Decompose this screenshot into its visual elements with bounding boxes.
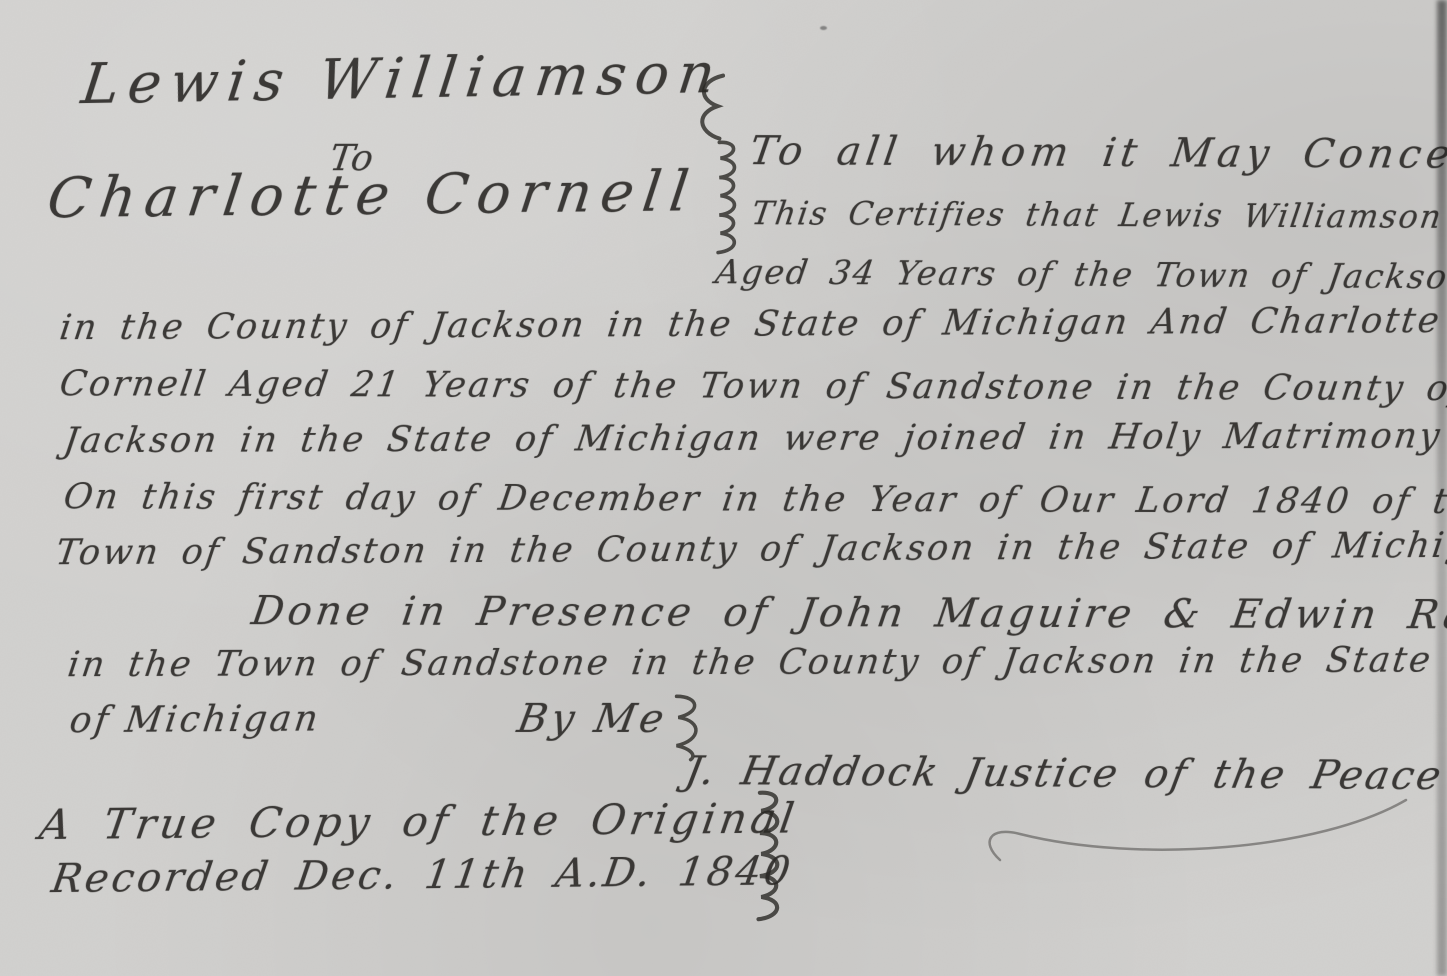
groom-age-line: Aged 34 Years of the Town of Jackson [713, 252, 1447, 296]
page-edge-shadow [1437, 0, 1447, 976]
officiant-signature: J. Haddock Justice of the Peace [682, 748, 1447, 799]
docket-bride-name: Charlotte Cornell [44, 159, 701, 231]
body-line: On this first day of December in the Yea… [61, 477, 1447, 522]
body-line: Jackson in the State of Michigan were jo… [61, 416, 1444, 461]
body-line: Town of Sandston in the County of Jackso… [53, 525, 1447, 573]
docket-groom-name: Lewis Williamson [78, 41, 727, 117]
salutation-line: To all whom it May Concern [747, 128, 1447, 178]
signature-flourish [960, 790, 1420, 880]
witnesses-line: Done in Presence of John Maguire & Edwin… [249, 588, 1447, 639]
certifies-line: This Certifies that Lewis Williamson [749, 194, 1445, 236]
document-page: Lewis Williamson To Charlotte Cornell To… [0, 0, 1447, 976]
body-line-tail: of Michigan [67, 698, 323, 741]
body-line: in the County of Jackson in the State of… [57, 301, 1444, 348]
body-line: in the Town of Sandstone in the County o… [65, 640, 1435, 685]
body-line: Cornell Aged 21 Years of the Town of San… [57, 364, 1447, 409]
true-copy-line: A True Copy of the Original [36, 793, 801, 849]
ink-speck [820, 26, 827, 30]
by-me-label: By Me [514, 696, 671, 742]
recorded-date-line: Recorded Dec. 11th A.D. 1840 [49, 848, 796, 902]
